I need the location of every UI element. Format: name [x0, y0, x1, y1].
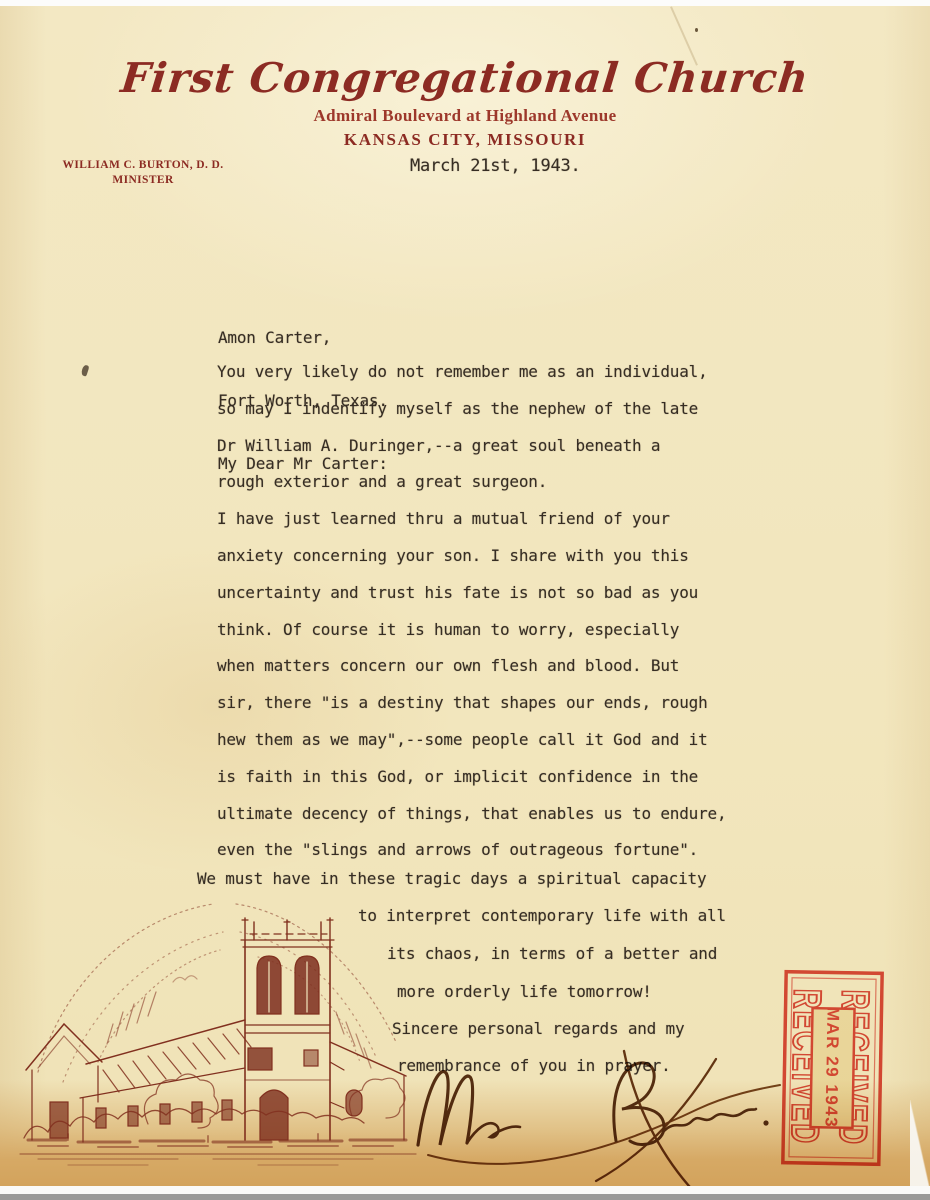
- minister-block: WILLIAM C. BURTON, D. D. MINISTER: [58, 158, 228, 188]
- ink-speck: [695, 28, 698, 32]
- body-line: Sincere personal regards and my: [392, 1019, 684, 1038]
- paper-corner-tear: [910, 1100, 930, 1190]
- scan-edge-bottom: [0, 1186, 930, 1194]
- church-illustration: [8, 862, 428, 1172]
- body-line: I have just learned thru a mutual friend…: [217, 509, 670, 528]
- letterhead-street: Admiral Boulevard at Highland Avenue: [0, 106, 930, 126]
- body-line: is faith in this God, or implicit confid…: [217, 767, 698, 786]
- letterhead-church-name: First Congregational Church: [0, 54, 930, 102]
- body-line: uncertainty and trust his fate is not so…: [217, 583, 698, 602]
- body-line: when matters concern our own flesh and b…: [217, 656, 679, 675]
- body-line: its chaos, in terms of a better and: [387, 944, 717, 963]
- body-line: Dr William A. Duringer,--a great soul be…: [217, 436, 660, 455]
- body-line: rough exterior and a great surgeon.: [217, 472, 547, 491]
- salutation: My Dear Mr Carter:: [218, 453, 388, 474]
- body-line: more orderly life tomorrow!: [397, 982, 652, 1001]
- recipient-name: Amon Carter,: [218, 327, 388, 348]
- scanned-letter: First Congregational Church Admiral Boul…: [0, 0, 930, 1200]
- letterhead-city: KANSAS CITY, MISSOURI: [0, 130, 930, 150]
- received-stamp: RECEIVED RECEIVED MAR 29 1943: [781, 970, 884, 1167]
- signature: [398, 1045, 798, 1200]
- stamp-date: MAR 29 1943: [821, 1007, 842, 1129]
- body-line: even the "slings and arrows of outrageou…: [217, 840, 698, 859]
- letter-date: March 21st, 1943.: [410, 156, 581, 176]
- scan-edge-top: [0, 0, 930, 6]
- minister-title: MINISTER: [58, 173, 228, 188]
- body-line: ultimate decency of things, that enables…: [217, 804, 726, 823]
- body-line: sir, there "is a destiny that shapes our…: [217, 693, 708, 712]
- body-line: anxiety concerning your son. I share wit…: [217, 546, 689, 565]
- body-line: hew them as we may",--some people call i…: [217, 730, 708, 749]
- body-line: You very likely do not remember me as an…: [217, 362, 708, 381]
- scan-background-strip: [0, 1194, 930, 1200]
- body-line: so may I indentify myself as the nephew …: [217, 399, 698, 418]
- body-line: think. Of course it is human to worry, e…: [217, 620, 679, 639]
- minister-name: WILLIAM C. BURTON, D. D.: [58, 158, 228, 173]
